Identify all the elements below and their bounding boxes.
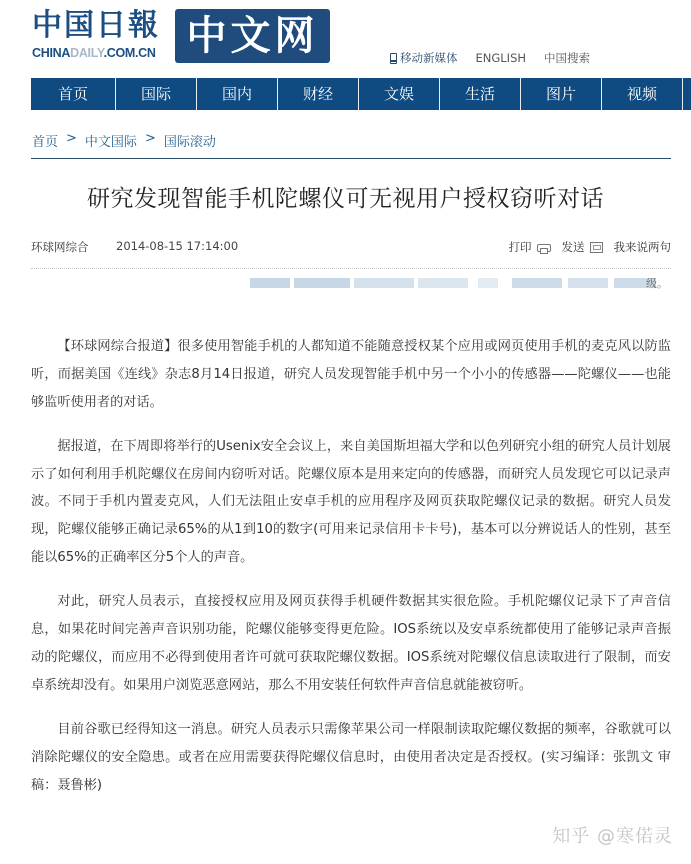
- zhihu-watermark: 知乎 @寒偌灵: [552, 822, 673, 848]
- breadcrumb: 首页 > 中文国际 > 国际滚动: [32, 131, 216, 150]
- article-body: 【环球网综合报道】很多使用智能手机的人都知道不能随意授权某个应用或网页使用手机的…: [31, 333, 671, 799]
- nav-item-photos[interactable]: 图片: [521, 78, 602, 110]
- logo-domain-part: CHINA: [32, 46, 70, 60]
- nav-item-entertainment[interactable]: 文娱: [359, 78, 440, 110]
- print-button[interactable]: 打印: [509, 239, 532, 255]
- article-date: 2014-08-15 17:14:00: [116, 239, 238, 253]
- article-paragraph: 【环球网综合报道】很多使用智能手机的人都知道不能随意授权某个应用或网页使用手机的…: [31, 333, 671, 416]
- nav-item-domestic[interactable]: 国内: [197, 78, 278, 110]
- article-paragraph: 据报道，在下周即将举行的Usenix安全会议上，来自美国斯坦福大学和以色列研究小…: [31, 433, 671, 572]
- blurred-notice-end: 级。: [646, 275, 668, 291]
- nav-item-finance[interactable]: 财经: [278, 78, 359, 110]
- article-paragraph: 对此，研究人员表示，直接授权应用及网页获得手机硬件数据其实很危险。手机陀螺仪记录…: [31, 588, 671, 699]
- article-source: 环球网综合: [31, 239, 89, 255]
- mobile-media-label: 移动新媒体: [400, 50, 458, 66]
- nav-item-video[interactable]: 视频: [602, 78, 683, 110]
- nav-item-life[interactable]: 生活: [440, 78, 521, 110]
- send-button[interactable]: 发送: [562, 239, 585, 255]
- chinese-site-logo[interactable]: 中文网: [175, 9, 330, 63]
- top-links: 移动新媒体 ENGLISH 中国搜索: [390, 50, 608, 66]
- nav-item-international[interactable]: 国际: [116, 78, 197, 110]
- mail-icon[interactable]: [590, 242, 603, 253]
- breadcrumb-home[interactable]: 首页: [32, 131, 58, 150]
- blurred-notice: 级。: [250, 278, 668, 290]
- site-header: 中国日報 CHINADAILY.COM.CN 中文网 移动新媒体 ENGLISH…: [0, 0, 691, 78]
- breadcrumb-international-scroll[interactable]: 国际滚动: [164, 131, 216, 150]
- china-daily-logo[interactable]: 中国日報: [32, 8, 160, 44]
- nav-item-home[interactable]: 首页: [31, 78, 116, 110]
- logo-domain-part: DAILY: [70, 46, 103, 60]
- main-nav: 首页 国际 国内 财经 文娱 生活 图片 视频: [31, 78, 691, 110]
- breadcrumb-chinese-international[interactable]: 中文国际: [85, 131, 137, 150]
- dotted-divider: [31, 268, 671, 269]
- breadcrumb-separator: >: [145, 131, 156, 150]
- article-title: 研究发现智能手机陀螺仪可无视用户授权窃听对话: [0, 180, 691, 213]
- article-tools: 打印 发送 我来说两句: [509, 239, 672, 255]
- logo-domain[interactable]: CHINADAILY.COM.CN: [32, 46, 156, 60]
- breadcrumb-separator: >: [66, 131, 77, 150]
- english-link[interactable]: ENGLISH: [476, 51, 527, 65]
- china-search-link[interactable]: 中国搜索: [544, 50, 590, 66]
- mobile-phone-icon: [390, 53, 397, 64]
- printer-icon[interactable]: [537, 241, 551, 253]
- comment-button[interactable]: 我来说两句: [614, 239, 672, 255]
- divider: [31, 158, 671, 159]
- article-meta: 环球网综合 2014-08-15 17:14:00 打印 发送 我来说两句: [31, 239, 671, 255]
- mobile-media-link[interactable]: 移动新媒体: [390, 50, 458, 66]
- logo-domain-part: .COM.CN: [104, 46, 156, 60]
- article-paragraph: 目前谷歌已经得知这一消息。研究人员表示只需像苹果公司一样限制读取陀螺仪数据的频率…: [31, 716, 671, 799]
